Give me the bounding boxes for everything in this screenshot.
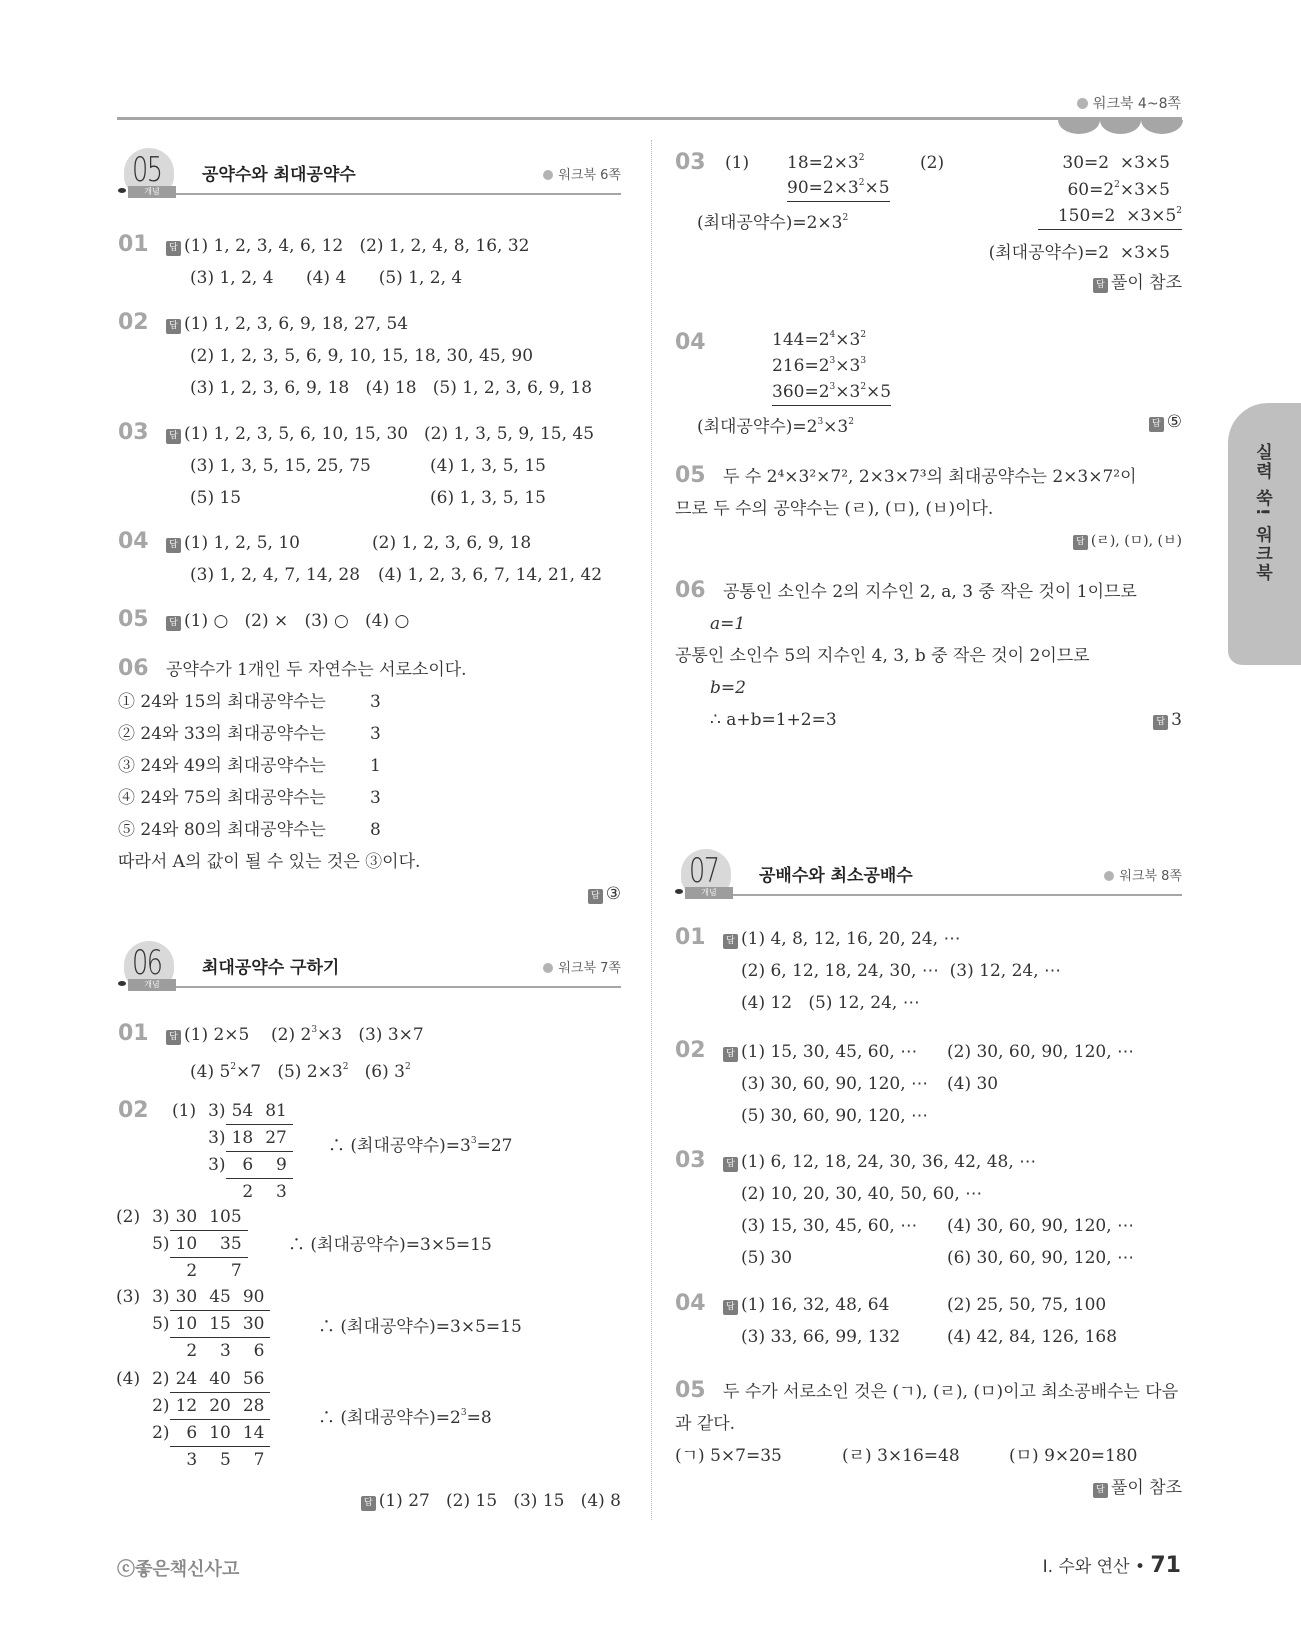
top-rule: [117, 117, 1182, 120]
s07-problem-04: 04답(1) 16, 32, 48, 64(2) 25, 50, 75, 100…: [675, 1288, 1182, 1353]
division-part-3: (3)3)304590 5)101530 236: [110, 1284, 270, 1364]
answer-mark-icon: 답: [166, 538, 181, 553]
division-part-1: (1)3)5481 3)1827 3)69 23: [166, 1098, 293, 1205]
bullet-dot-icon: [1077, 98, 1088, 109]
page-footer: Ⅰ. 수와 연산 • 71: [1043, 1552, 1181, 1578]
side-tab-label: 실력 쑥! 워크북: [1250, 443, 1275, 583]
leaf-icon: [118, 188, 126, 193]
answer-mark-icon: 답: [1093, 1483, 1108, 1498]
gcd-result-4: ∴ (최대공약수)=23=8: [318, 1403, 492, 1428]
answer-mark-icon: 답: [166, 616, 181, 631]
s07-problem-03: 03답(1) 6, 12, 18, 24, 30, 36, 42, 48, ⋯ …: [675, 1145, 1182, 1274]
s05-problem-06: 06공약수가 1개인 두 자연수는 서로소이다. ① 24와 15의 최대공약수…: [118, 653, 621, 910]
page-number: 71: [1150, 1553, 1181, 1578]
answer-mark-icon: 답: [1149, 417, 1164, 432]
answer-mark-icon: 답: [166, 319, 181, 334]
s07-problem-02: 02답(1) 15, 30, 45, 60, ⋯(2) 30, 60, 90, …: [675, 1035, 1182, 1132]
right-problem-03: 03 (1) 18=2×32 90=2×32×5 (최대공약수)=2×32 (2…: [675, 150, 1182, 310]
workbook-range-ref: 워크북 4~8쪽: [1077, 93, 1181, 113]
gcd-result-3: ∴ (최대공약수)=3×5=15: [318, 1312, 522, 1337]
column-divider: [651, 140, 652, 1520]
s05-problem-03: 03답(1) 1, 2, 3, 5, 6, 10, 15, 30(2) 1, 3…: [118, 417, 628, 514]
concept-badge: 06개념: [118, 941, 178, 997]
section-title: 최대공약수 구하기: [202, 953, 339, 978]
workbook-ref: 워크북 7쪽: [543, 957, 621, 976]
s05-problem-05: 05답(1) ○ (2) × (3) ○ (4) ○: [118, 604, 628, 637]
s05-problem-01: 01답(1) 1, 2, 3, 4, 6, 12 (2) 1, 2, 4, 8,…: [118, 229, 628, 294]
s07-problem-01: 01답(1) 4, 8, 12, 16, 20, 24, ⋯ (2) 6, 12…: [675, 922, 1182, 1019]
answer-mark-icon: 답: [1073, 535, 1088, 550]
s06-p02-answer: 답(1) 27 (2) 15 (3) 15 (4) 8: [361, 1485, 621, 1517]
concept-badge: 07개념: [675, 849, 735, 905]
bullet-dot-icon: [543, 170, 553, 180]
leaf-icon: [675, 889, 683, 894]
answer-mark-icon: 답: [166, 1030, 181, 1045]
bullet-dot-icon: [1104, 871, 1114, 881]
answer-mark-icon: 답: [723, 1157, 738, 1172]
publisher-logo: ⓒ좋은책신사고: [117, 1555, 239, 1581]
s07-problem-05: 05두 수가 서로소인 것은 (ㄱ), (ㄹ), (ㅁ)이고 최소공배수는 다음…: [675, 1375, 1182, 1504]
bullet-dot-icon: [543, 963, 553, 973]
answer-mark-icon: 답: [361, 1496, 376, 1511]
section-07-header: 07개념 공배수와 최소공배수 워크북 8쪽: [675, 849, 1182, 909]
right-problem-04: 04 144=24×32 216=23×33 360=23×32×5 (최대공약…: [675, 330, 1182, 440]
section-title: 공약수와 최대공약수: [202, 160, 356, 185]
concept-badge: 05개념: [118, 148, 178, 204]
answer-mark-icon: 답: [723, 1300, 738, 1315]
section-05-header: 05개념 공약수와 최대공약수 워크북 6쪽: [118, 148, 621, 208]
gcd-result-1: ∴ (최대공약수)=33=27: [328, 1131, 512, 1156]
leaf-icon: [118, 981, 126, 986]
gcd-result-2: ∴ (최대공약수)=3×5=15: [288, 1230, 492, 1255]
workbook-ref: 워크북 6쪽: [543, 164, 621, 183]
division-part-2: (2)3)30105 5)1035 27: [110, 1204, 248, 1284]
scallop-decoration: [1058, 120, 1183, 134]
s06-problem-01: 01답(1) 2×5 (2) 23×3 (3) 3×7 (4) 52×7 (5)…: [118, 1014, 628, 1088]
section-06-header: 06개념 최대공약수 구하기 워크북 7쪽: [118, 941, 621, 1001]
right-problem-06: 06공통인 소인수 2의 지수인 2, a, 3 중 작은 것이 1이므로 a=…: [675, 575, 1182, 736]
answer-mark-icon: 답: [1153, 715, 1168, 730]
answer-mark-icon: 답: [588, 889, 603, 904]
answer-mark-icon: 답: [723, 934, 738, 949]
section-title: 공배수와 최소공배수: [759, 861, 913, 886]
division-part-4: (4)2)244056 2)122028 2)61014 357: [110, 1366, 270, 1473]
s05-problem-02: 02답(1) 1, 2, 3, 6, 9, 18, 27, 54 (2) 1, …: [118, 307, 628, 404]
answer-mark-icon: 답: [1093, 278, 1108, 293]
answer-mark-icon: 답: [166, 241, 181, 256]
answer-mark-icon: 답: [723, 1047, 738, 1062]
answer-mark-icon: 답: [166, 429, 181, 444]
s05-problem-04: 04답(1) 1, 2, 5, 10(2) 1, 2, 3, 6, 9, 18 …: [118, 526, 628, 591]
right-problem-05: 05두 수 2⁴×3²×7², 2×3×7³의 최대공약수는 2×3×7²이 므…: [675, 460, 1182, 557]
side-tab[interactable]: 실력 쑥! 워크북: [1228, 403, 1301, 665]
workbook-ref: 워크북 8쪽: [1104, 865, 1182, 884]
